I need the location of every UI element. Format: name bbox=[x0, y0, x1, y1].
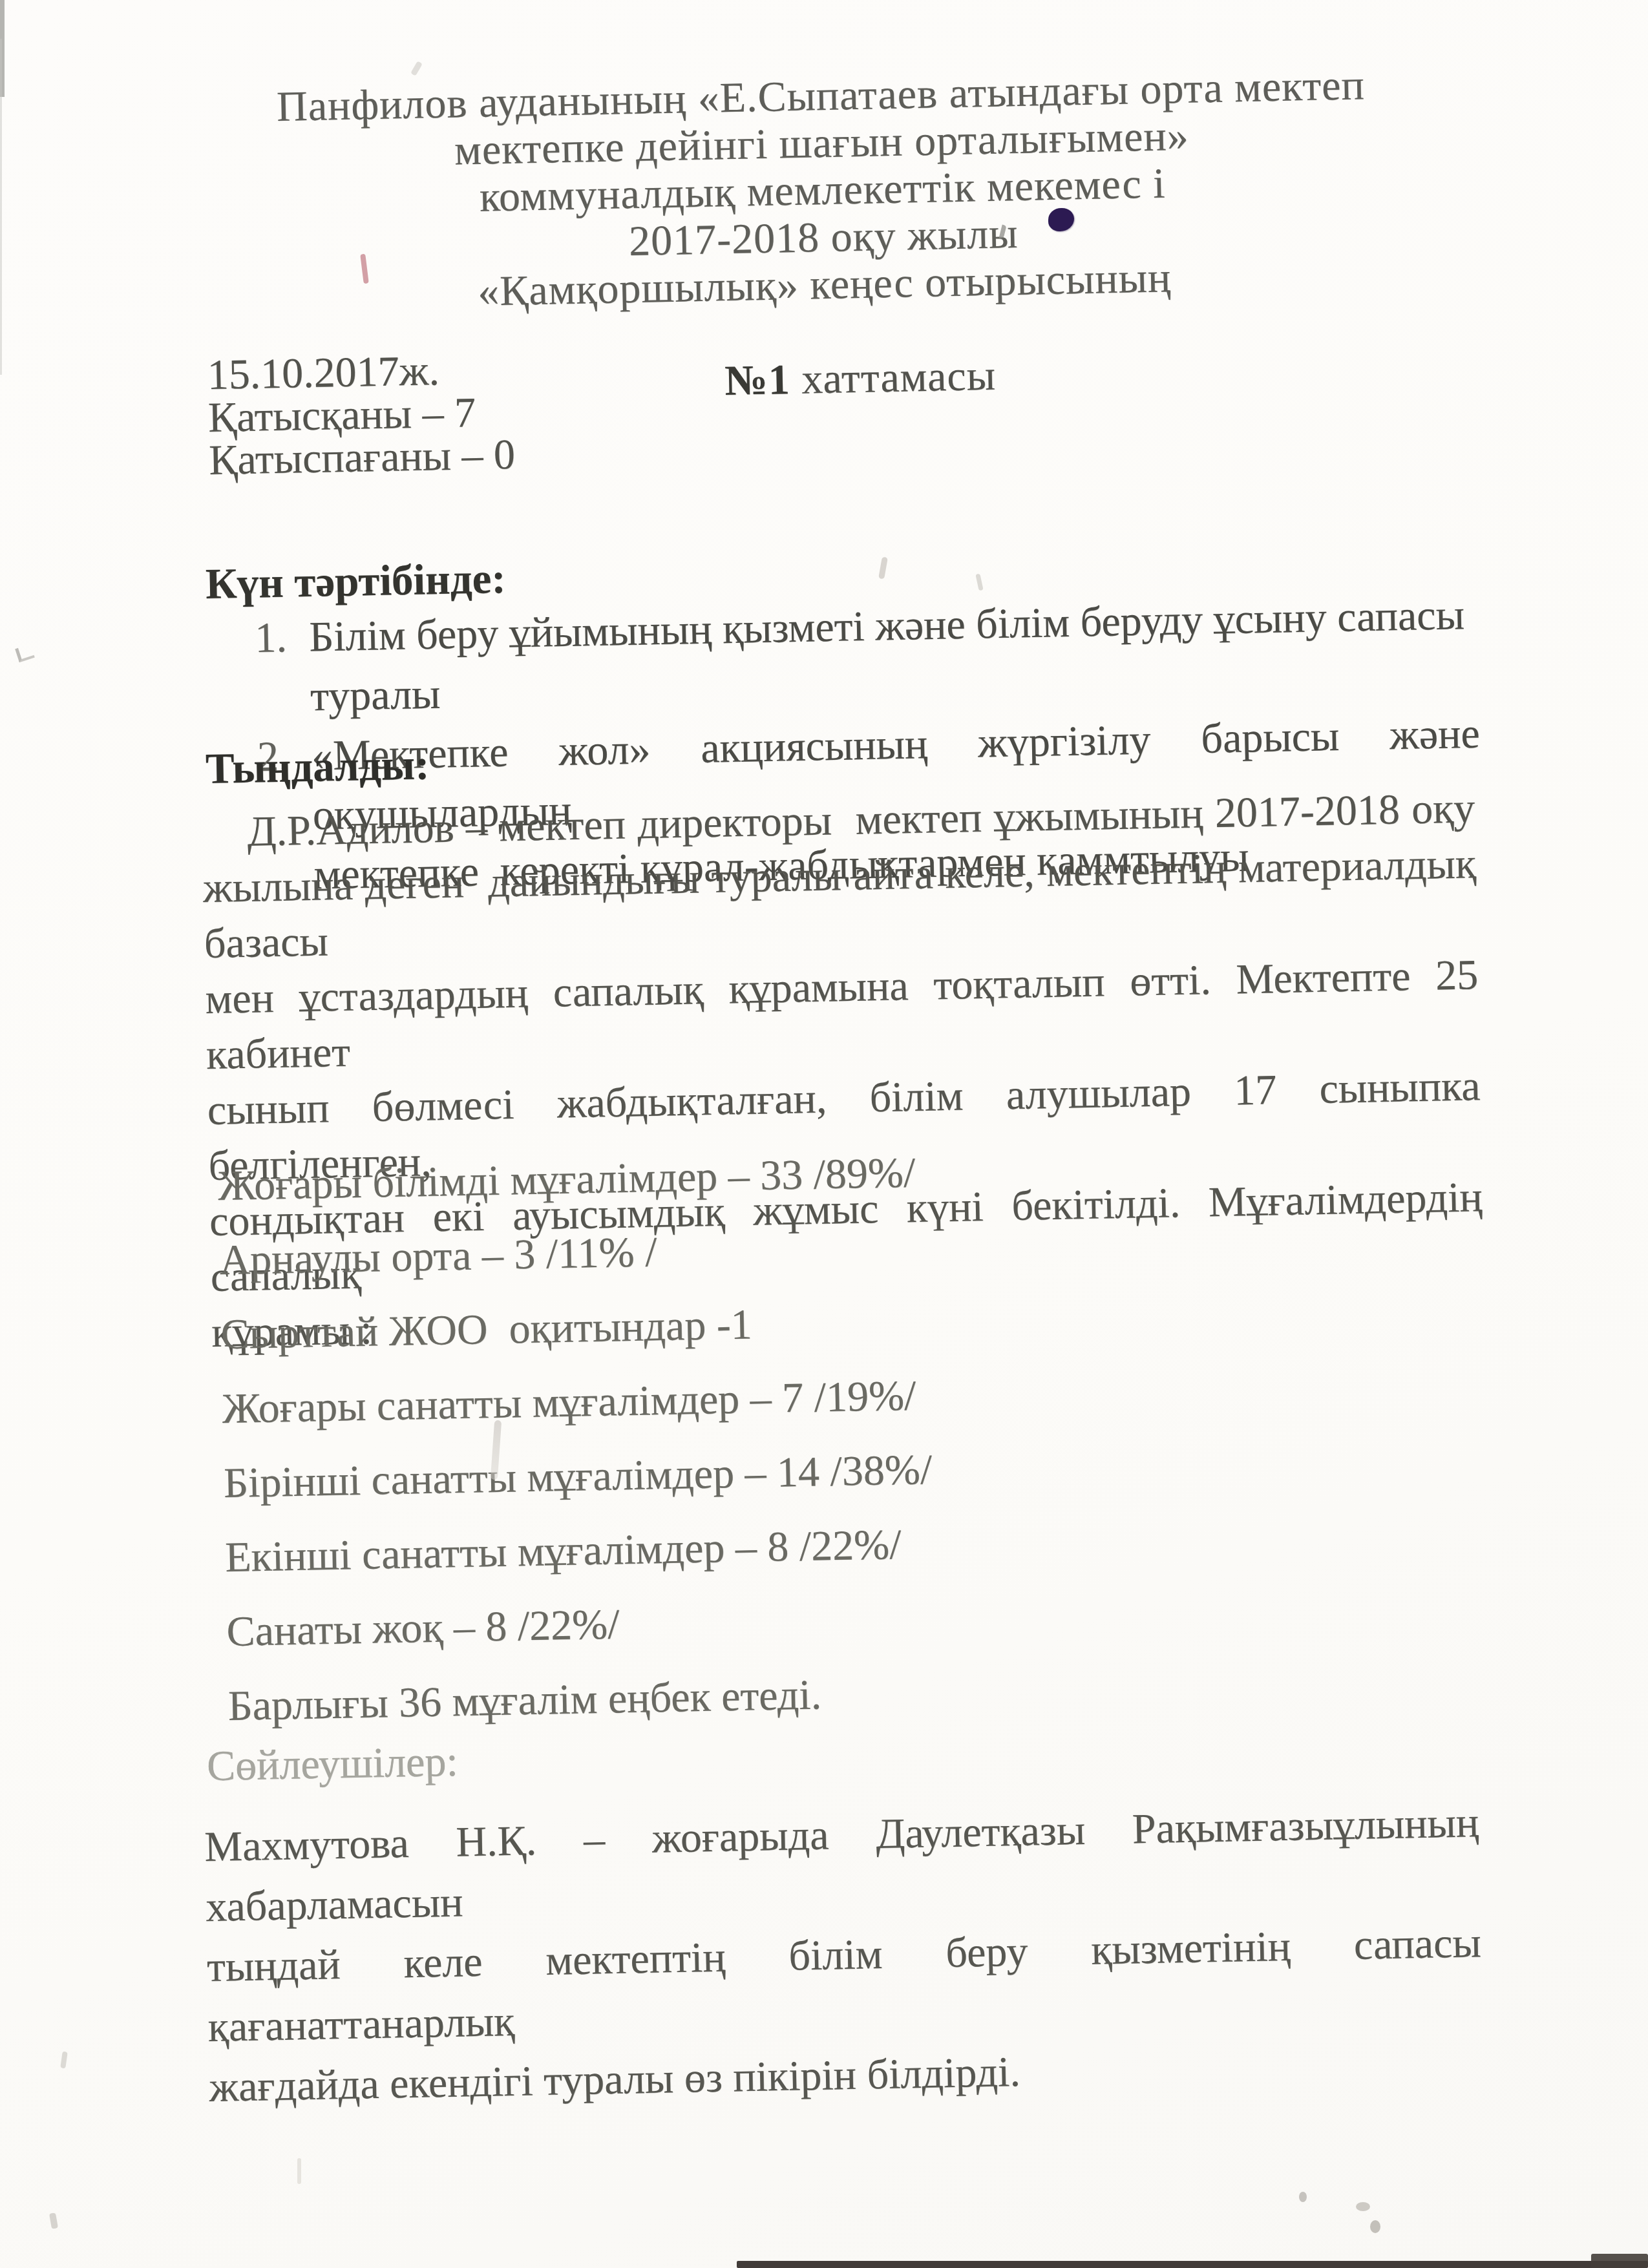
teacher-stats-list: Жоғары білімді мұғалімдер – 33 /89%/Арна… bbox=[217, 1124, 1521, 1743]
agenda-item-text: Білім беру ұйымының қызметі және білім б… bbox=[309, 585, 1479, 727]
speck-artifact bbox=[1299, 2192, 1307, 2202]
agenda-item-number: 1. bbox=[255, 607, 312, 728]
org-title-lines: Панфилов ауданының «Е.Сыпатаев атындағы … bbox=[0, 56, 1648, 324]
bottom-scan-strip bbox=[737, 2261, 1648, 2268]
speck-artifact bbox=[878, 556, 888, 579]
bottom-corner-shadow bbox=[1591, 2254, 1648, 2268]
margin-mark-artifact bbox=[15, 644, 35, 663]
speck-artifact bbox=[49, 2212, 58, 2229]
meta-block: 15.10.2017ж. Қатысқаны – 7 Қатыспағаны –… bbox=[207, 348, 515, 482]
speck-artifact bbox=[410, 61, 423, 76]
left-edge-shadow bbox=[0, 0, 5, 97]
heard-heading: Тыңдалды: bbox=[205, 740, 430, 794]
text-line: тыңдай келе мектептің білім беру қызметі… bbox=[206, 1913, 1483, 2057]
agenda-heading: Күн тәртібінде: bbox=[205, 554, 506, 609]
speakers-paragraph: Махмутова Н.Қ. – жоғарыда Даулетқазы Рақ… bbox=[204, 1792, 1484, 2117]
speck-artifact bbox=[975, 574, 983, 591]
absent-line: Қатыспағаны – 0 bbox=[209, 434, 516, 482]
protocol-number: №1 bbox=[724, 356, 791, 404]
speck-artifact bbox=[60, 2052, 68, 2069]
text-line: Махмутова Н.Қ. – жоғарыда Даулетқазы Рақ… bbox=[204, 1792, 1481, 1937]
scanned-document-page: { "page": { "header": { "org_lines": [ "… bbox=[0, 0, 1648, 2268]
speck-artifact bbox=[1356, 2202, 1370, 2211]
protocol-title: хаттамасы bbox=[790, 352, 997, 403]
document-scan: Панфилов ауданының «Е.Сыпатаев атындағы … bbox=[0, 0, 1648, 2268]
speakers-heading: Сөйлеушілер: bbox=[206, 1738, 458, 1791]
speck-artifact bbox=[297, 2158, 301, 2184]
speck-artifact bbox=[1370, 2220, 1380, 2233]
agenda-item-line: 1.Білім беру ұйымының қызметі және білім… bbox=[255, 585, 1479, 728]
